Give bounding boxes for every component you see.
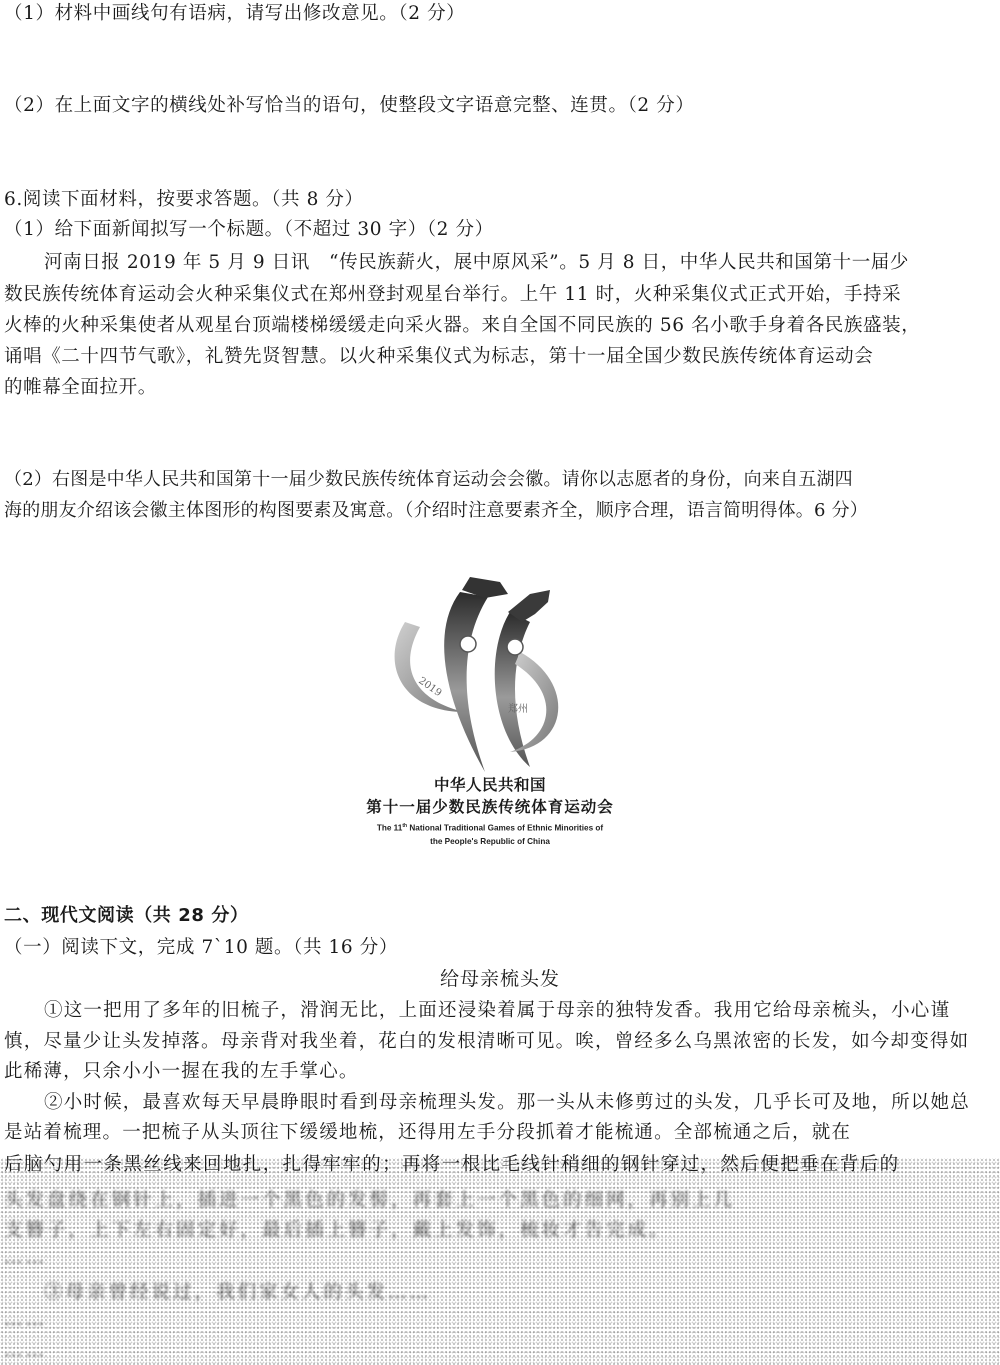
question-6-title: 6.阅读下面材料，按要求答题。（共 8 分） bbox=[4, 187, 364, 213]
news-line: 的帷幕全面拉开。 bbox=[4, 375, 157, 401]
article-partial-line: 后脑勺用一条黑丝线来回地扎，扎得牢牢的；再将一根比毛线针稍细的钢针穿过，然后便把… bbox=[4, 1152, 900, 1178]
degraded-line: 支簪子，上下左右固定好，最后插上簪子，戴上发饰，梳妆才告完成。 bbox=[4, 1216, 671, 1242]
emblem-en-line1: The 11th National Traditional Games of E… bbox=[330, 823, 650, 833]
degraded-line: …… bbox=[4, 1309, 47, 1330]
news-line: 火棒的火种采集使者从观星台顶端楼梯缓缓走向采火器。来自全国不同民族的 56 名小… bbox=[4, 313, 920, 339]
question-5-sub1: （1）材料中画线句有语病，请写出修改意见。（2 分） bbox=[4, 1, 465, 27]
question-6-sub1: （1）给下面新闻拟写一个标题。（不超过 30 字）（2 分） bbox=[4, 217, 494, 243]
news-line: 诵唱《二十四节气歌》，礼赞先贤智慧。以火种采集仪式为标志，第十一届全国少数民族传… bbox=[4, 344, 873, 370]
news-line: 数民族传统体育运动会火种采集仪式在郑州登封观星台举行。上午 11 时，火种采集仪… bbox=[4, 282, 901, 308]
section-sub-heading: （一）阅读下文，完成 7`10 题。（共 16 分） bbox=[4, 935, 398, 961]
degraded-line: 头发盘绕在钢针上，插进一个黑色的发髻，再套上一个黑色的细网，再别上几 bbox=[4, 1186, 735, 1212]
emblem-cn-line2: 第十一届少数民族传统体育运动会 bbox=[330, 795, 650, 817]
article-paragraph: ①这一把用了多年的旧梳子，滑润无比，上面还浸染着属于母亲的独特发香。我用它给母亲… bbox=[4, 996, 984, 1088]
emblem-cn-line1: 中华人民共和国 bbox=[330, 773, 650, 795]
article-title: 给母亲梳头发 bbox=[0, 964, 1000, 991]
degraded-line: …… bbox=[4, 1247, 47, 1268]
question-line: （2）右图是中华人民共和国第十一届少数民族传统体育运动会会徽。请你以志愿者的身份… bbox=[4, 467, 853, 493]
emblem-city: 郑州 bbox=[508, 702, 528, 715]
degraded-line: ③母亲曾经说过，我们家女人的头发…… bbox=[44, 1278, 431, 1304]
question-5-sub2: （2）在上面文字的横线处补写恰当的语句，使整段文字语意完整、连贯。（2 分） bbox=[4, 93, 694, 119]
article-body: ①这一把用了多年的旧梳子，滑润无比，上面还浸染着属于母亲的独特发香。我用它给母亲… bbox=[4, 996, 984, 1149]
dragon-emblem-icon: 2019 郑州 bbox=[390, 572, 590, 777]
games-emblem: 2019 郑州 中华人民共和国 第十一届少数民族传统体育运动会 The 11th… bbox=[330, 572, 650, 857]
section-heading: 二、现代文阅读（共 28 分） bbox=[4, 903, 249, 929]
degraded-line: …… bbox=[4, 1340, 47, 1361]
article-paragraph: ②小时候，最喜欢每天早晨睁眼时看到母亲梳理头发。那一头从未修剪过的头发，几乎长可… bbox=[4, 1088, 984, 1149]
emblem-en-line2: the People's Republic of China bbox=[330, 837, 650, 846]
news-line: 河南日报 2019 年 5 月 9 日讯 “传民族薪火，展中原风采”。5 月 8… bbox=[44, 250, 909, 276]
question-line: 海的朋友介绍该会徽主体图形的构图要素及寓意。（介绍时注意要素齐全，顺序合理，语言… bbox=[4, 498, 868, 524]
